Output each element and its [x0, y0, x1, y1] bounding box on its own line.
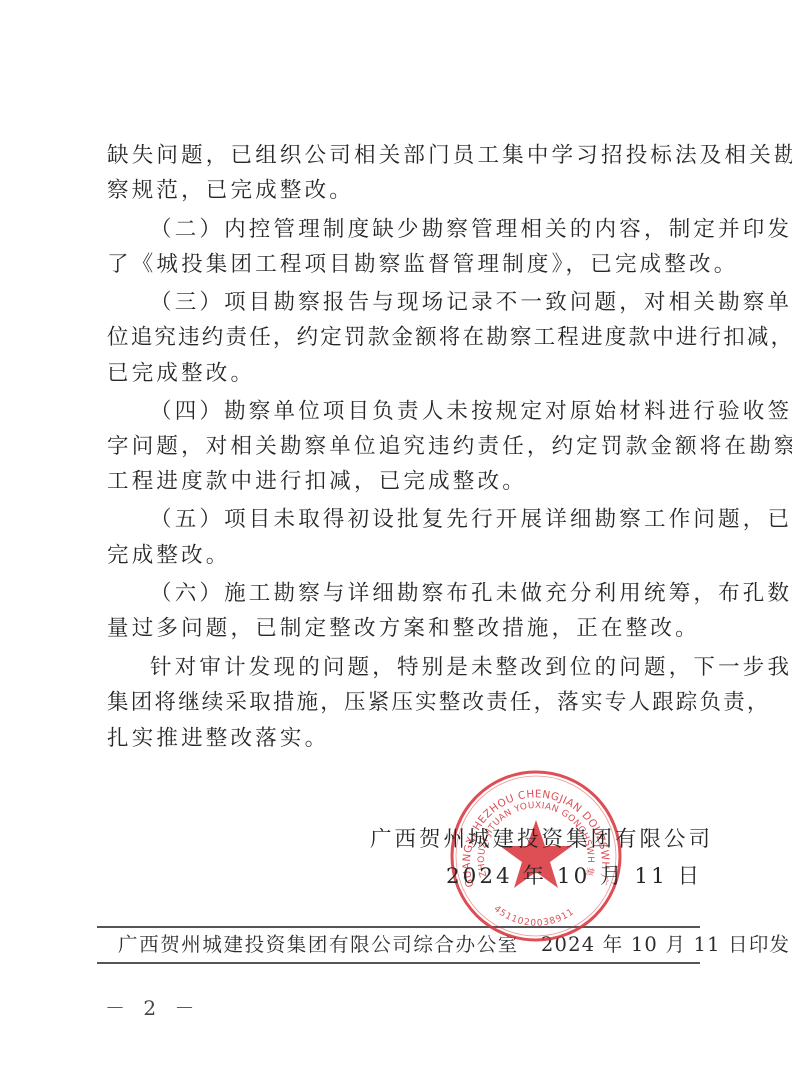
body-line: 察规范，已完成整改。	[107, 176, 691, 206]
body-line: 缺失问题，已组织公司相关部门员工集中学习招投标法及相关勘	[107, 141, 691, 171]
body-line: 扎实推进整改落实。	[107, 724, 691, 754]
body-line: 字问题，对相关勘察单位追究违约责任，约定罚款金额将在勘察	[107, 432, 691, 462]
body-line: 已完成整改。	[107, 359, 691, 389]
body-line: 了《城投集团工程项目勘察监督管理制度》，已完成整改。	[107, 250, 691, 280]
body-line: 针对审计发现的问题，特别是未整改到位的问题，下一步我	[150, 653, 691, 683]
body-line: （三）项目勘察报告与现场记录不一致问题，对相关勘察单	[150, 288, 691, 318]
signature-date: 2024 年 10 月 11 日	[446, 862, 702, 892]
body-line: （六）施工勘察与详细勘察布孔未做充分利用统筹，布孔数	[150, 579, 691, 609]
footer-bottom-rule	[97, 962, 700, 964]
page-number: － 2 －	[105, 995, 200, 1021]
body-line: （二）内控管理制度缺少勘察管理相关的内容，制定并印发	[150, 215, 691, 245]
body-line: 集团将继续采取措施，压紧压实整改责任，落实专人跟踪负责，	[107, 688, 691, 718]
body-line: 量过多问题，已制定整改方案和整改措施，正在整改。	[107, 614, 691, 644]
body-line: 位追究违约责任，约定罚款金额将在勘察工程进度款中进行扣减，	[107, 323, 691, 353]
body-line: 完成整改。	[107, 541, 691, 571]
body-line: （四）勘察单位项目负责人未按规定对原始材料进行验收签	[150, 397, 691, 427]
signature-organization: 广西贺州城建投资集团有限公司	[370, 825, 713, 855]
body-line: 工程进度款中进行扣减，已完成整改。	[107, 467, 691, 497]
svg-text:4511020038911: 4511020038911	[492, 904, 577, 929]
official-seal-icon: GUANGXI HEZHOU CHENGJIAN DOUZSWH 广西贺州城建投…	[448, 768, 624, 944]
body-line: （五）项目未取得初设批复先行开展详细勘察工作问题，已	[150, 505, 691, 535]
